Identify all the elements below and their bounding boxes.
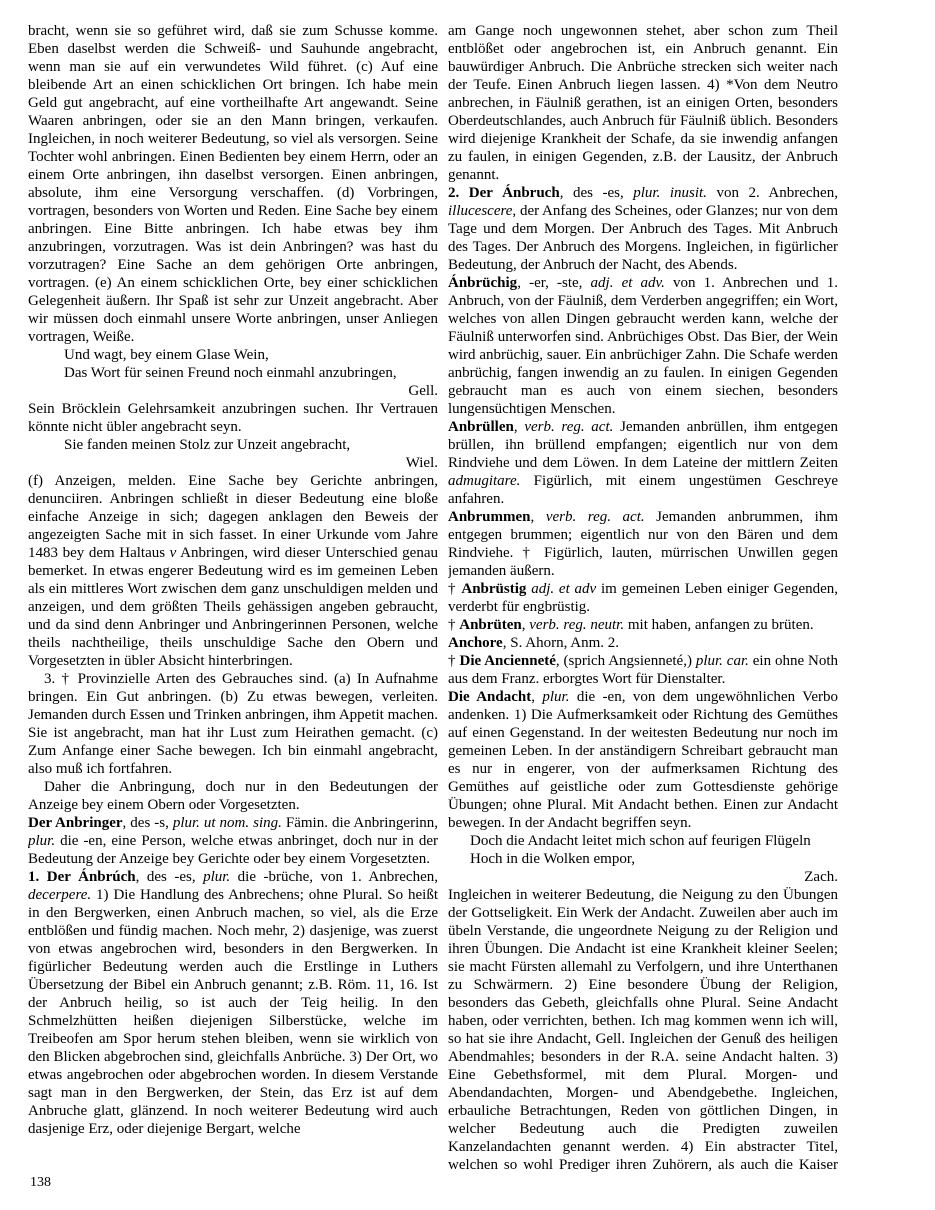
text-run: Wiel. — [406, 455, 438, 471]
text-run: , — [514, 419, 524, 435]
text-run: am Gange noch ungewonnen stehet, aber sc… — [448, 23, 838, 183]
headword: Die Ancienneté — [460, 653, 556, 669]
text-run: Sein Bröcklein Gelehrsamkeit anzubringen… — [28, 401, 438, 435]
attribution: Zach. — [448, 868, 838, 886]
page-number: 138 — [30, 1174, 51, 1192]
text-run: , des -es, — [560, 185, 634, 201]
headword: Der Anbringer — [28, 815, 123, 831]
paragraph: Ingleichen in weiterer Bedeutung, die Ne… — [448, 886, 838, 1172]
verse-line: Hoch in die Wolken empor, — [448, 850, 838, 868]
paragraph: Ánbrüchig, -er, -ste, adj. et adv. von 1… — [448, 274, 838, 418]
grammar-term: plur. car. — [696, 653, 749, 669]
text-run: Doch die Andacht leitet mich schon auf f… — [470, 833, 811, 849]
paragraph: Anbrüllen, verb. reg. act. Jemanden anbr… — [448, 418, 838, 508]
paragraph: Anchore, S. Ahorn, Anm. 2. — [448, 634, 838, 652]
text-run: 3. † Provinzielle Arten des Gebrauches s… — [28, 671, 438, 777]
paragraph: Sein Bröcklein Gelehrsamkeit anzubringen… — [28, 400, 438, 436]
column-right: am Gange noch ungewonnen stehet, aber sc… — [448, 22, 838, 1172]
text-run: † — [448, 617, 459, 633]
text-run: die -brüche, von 1. Anbrechen, — [230, 869, 438, 885]
grammar-term: verb. reg. neutr. — [529, 617, 624, 633]
verse-line: Das Wort für seinen Freund noch einmahl … — [28, 364, 438, 382]
paragraph: 1. Der Ánbrúch, des -es, plur. die -brüc… — [28, 868, 438, 1138]
verse-line: Und wagt, bey einem Glase Wein, — [28, 346, 438, 364]
headword: 2. Der Ánbruch — [448, 185, 560, 201]
text-run: die -en, von dem ungewöhnlichen Verbo an… — [448, 689, 838, 831]
text-run: , — [531, 509, 546, 525]
verse-line: Doch die Andacht leitet mich schon auf f… — [448, 832, 838, 850]
text-run: Das Wort für seinen Freund noch einmahl … — [64, 365, 397, 381]
paragraph: † Anbrüstig adj. et adv im gemeinen Lebe… — [448, 580, 838, 616]
text-run: von 2. Anbrechen, — [707, 185, 838, 201]
text-run: Fämin. die Anbringerinn, — [282, 815, 438, 831]
headword: Anbrüstig — [461, 581, 526, 597]
paragraph: Die Andacht, plur. die -en, von dem unge… — [448, 688, 838, 832]
text-run: mit haben, anfangen zu brüten. — [624, 617, 814, 633]
paragraph: am Gange noch ungewonnen stehet, aber sc… — [448, 22, 838, 184]
text-run: Gell. — [408, 383, 438, 399]
text-run: , S. Ahorn, Anm. 2. — [503, 635, 619, 651]
text-run: , -er, -ste, — [517, 275, 590, 291]
paragraph: (f) Anzeigen, melden. Eine Sache bey Ger… — [28, 472, 438, 670]
paragraph: Daher die Anbringung, doch nur in den Be… — [28, 778, 438, 814]
verse-line: Sie fanden meinen Stolz zur Unzeit angeb… — [28, 436, 438, 454]
paragraph: Anbrummen, verb. reg. act. Jemanden anbr… — [448, 508, 838, 580]
text-run: Anbringen, wird dieser Unterschied genau… — [28, 545, 438, 669]
grammar-term: verb. reg. act. — [524, 419, 613, 435]
paragraph: Der Anbringer, des -s, plur. ut nom. sin… — [28, 814, 438, 868]
text-run: , — [531, 689, 542, 705]
attribution: Wiel. — [28, 454, 438, 472]
text-run: Hoch in die Wolken empor, — [470, 851, 635, 867]
column-left: bracht, wenn sie so geführet wird, daß s… — [28, 22, 438, 1172]
text-run: Sie fanden meinen Stolz zur Unzeit angeb… — [64, 437, 350, 453]
grammar-term: adj. et adv — [531, 581, 596, 597]
text-run: † — [448, 653, 460, 669]
text-run: die -en, eine Person, welche etwas anbri… — [28, 833, 438, 867]
attribution: Gell. — [28, 382, 438, 400]
headword: Anbrüten — [459, 617, 522, 633]
text-run: Daher die Anbringung, doch nur in den Be… — [28, 779, 438, 813]
paragraph: 2. Der Ánbruch, des -es, plur. inusit. v… — [448, 184, 838, 274]
text-run: Ingleichen in weiterer Bedeutung, die Ne… — [448, 887, 838, 1172]
text-run: Zach. — [804, 869, 838, 885]
headword: Ánbrüchig — [448, 275, 517, 291]
text-run: † — [448, 581, 461, 597]
text-run: bracht, wenn sie so geführet wird, daß s… — [28, 23, 438, 345]
grammar-term: admugitare. — [448, 473, 520, 489]
headword: Anchore — [448, 635, 503, 651]
grammar-term: plur. — [28, 833, 55, 849]
grammar-term: decerpere. — [28, 887, 91, 903]
paragraph: † Anbrüten, verb. reg. neutr. mit haben,… — [448, 616, 838, 634]
grammar-term: verb. reg. act. — [546, 509, 645, 525]
grammar-term: plur. — [542, 689, 569, 705]
grammar-term: illucescere — [448, 203, 512, 219]
text-run: Und wagt, bey einem Glase Wein, — [64, 347, 269, 363]
text-run: , (sprich Angsienneté,) — [556, 653, 696, 669]
grammar-term: plur. inusit. — [633, 185, 707, 201]
text-run: , des -es, — [136, 869, 203, 885]
headword: Anbrüllen — [448, 419, 514, 435]
grammar-term: plur. ut nom. sing. — [173, 815, 282, 831]
paragraph: bracht, wenn sie so geführet wird, daß s… — [28, 22, 438, 346]
text-run: 1) Die Handlung des Anbrechens; ohne Plu… — [28, 887, 438, 1137]
grammar-term: adj. et adv. — [591, 275, 665, 291]
text-columns: bracht, wenn sie so geführet wird, daß s… — [28, 22, 838, 1172]
headword: 1. Der Ánbrúch — [28, 869, 136, 885]
paragraph: † Die Ancienneté, (sprich Angsienneté,) … — [448, 652, 838, 688]
grammar-term: plur. — [203, 869, 230, 885]
text-run: von 1. Anbrechen und 1. Anbruch, von der… — [448, 275, 838, 417]
dictionary-page: bracht, wenn sie so geführet wird, daß s… — [0, 0, 935, 1210]
headword: Anbrummen — [448, 509, 531, 525]
paragraph: 3. † Provinzielle Arten des Gebrauches s… — [28, 670, 438, 778]
headword: Die Andacht — [448, 689, 531, 705]
text-run: , des -s, — [123, 815, 173, 831]
